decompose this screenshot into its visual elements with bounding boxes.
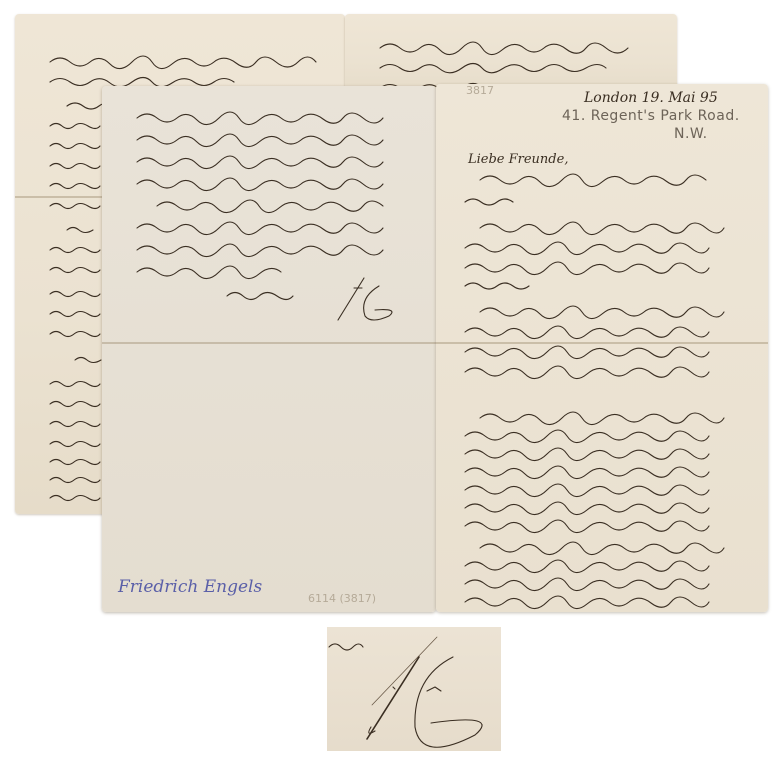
place-date: London 19. Mai 95	[584, 90, 718, 106]
front-right-sheet: 3817 London 19. Mai 95 41. Regent's Park…	[436, 84, 768, 612]
signature-large	[327, 627, 501, 751]
back-right-sheet	[345, 14, 677, 94]
letterhead-address-line2: N.W.	[674, 126, 708, 142]
fold-line	[436, 342, 768, 344]
archive-number-bottom: 6114 (3817)	[308, 592, 376, 605]
salutation: Liebe Freunde,	[468, 152, 568, 167]
attribution-label: Friedrich Engels	[118, 577, 262, 597]
front-left-sheet: Viele Grüße Dein 6114 (3817)	[102, 86, 436, 612]
fold-line	[102, 342, 436, 344]
archive-number-top: 3817	[466, 84, 494, 97]
signature-inset: Signature detail (enlarged)	[327, 627, 501, 751]
signature-small	[324, 276, 394, 326]
handwriting-lines-front-right	[460, 168, 760, 608]
letterhead-address-line1: 41. Regent's Park Road.	[562, 108, 740, 124]
